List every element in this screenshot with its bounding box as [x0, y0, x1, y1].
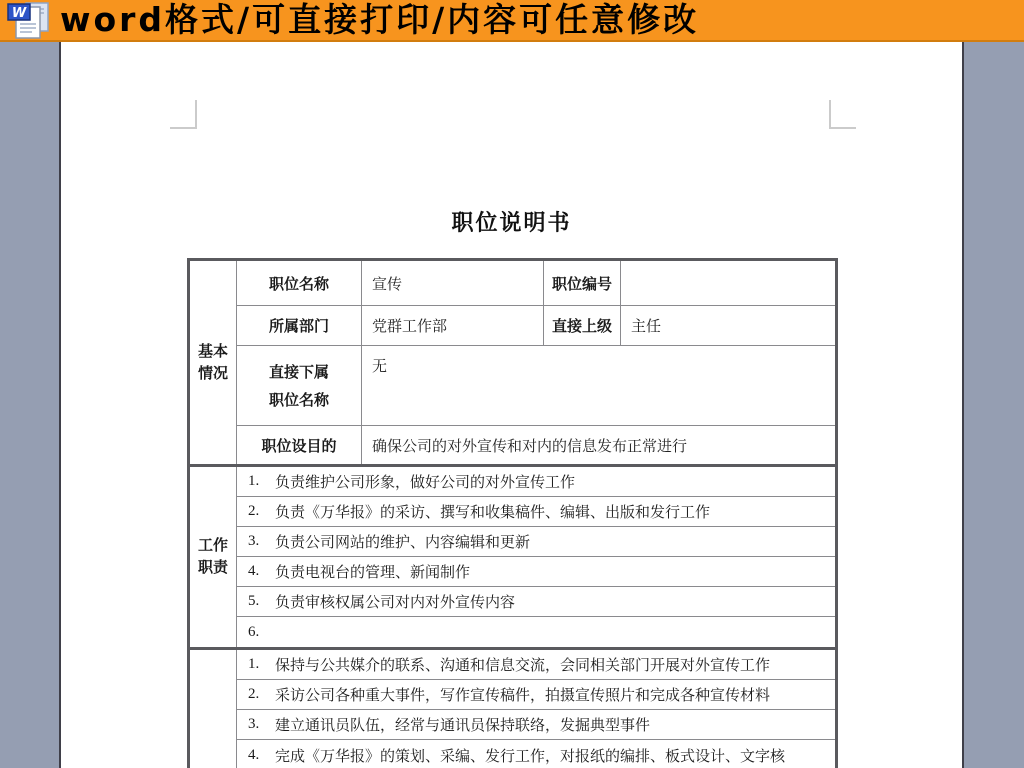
field-label-line: 直接下属 — [269, 361, 329, 382]
item-number: 3. — [237, 716, 275, 733]
duty-item: 5. 负责审核权属公司对内对外宣传内容 — [237, 587, 835, 617]
job-description-table: 基本 情况 职位名称 宣传 职位编号 所属部门 党群工作部 直接上级 主任 — [187, 258, 838, 768]
item-text: 负责电视台的管理、新闻制作 — [275, 561, 835, 582]
table-row: 所属部门 党群工作部 直接上级 主任 — [237, 306, 835, 346]
section-label-work-tasks — [190, 650, 237, 768]
duty-item: 4. 负责电视台的管理、新闻制作 — [237, 557, 835, 587]
margin-crop-mark-left — [170, 100, 197, 129]
duty-item: 2. 负责《万华报》的采访、撰写和收集稿件、编辑、出版和发行工作 — [237, 497, 835, 527]
field-value-department: 党群工作部 — [362, 306, 544, 345]
table-row: 职位名称 宣传 职位编号 — [237, 261, 835, 306]
field-value-direct-subordinates: 无 — [362, 346, 835, 425]
field-label-line: 职位名称 — [269, 389, 329, 410]
section-basic-info: 基本 情况 职位名称 宣传 职位编号 所属部门 党群工作部 直接上级 主任 — [190, 261, 835, 464]
item-number: 2. — [237, 503, 275, 520]
field-label-job-purpose: 职位设目的 — [237, 426, 362, 464]
item-text: 保持与公共媒介的联系、沟通和信息交流，会同相关部门开展对外宣传工作 — [275, 654, 835, 675]
section-label-work-duties: 工作 职责 — [190, 467, 237, 647]
promo-banner: W word格式/可直接打印/内容可任意修改 — [0, 0, 1024, 42]
task-item: 2. 采访公司各种重大事件，写作宣传稿件，拍摄宣传照片和完成各种宣传材料 — [237, 680, 835, 710]
item-number: 3. — [237, 533, 275, 550]
item-number: 4. — [237, 563, 275, 580]
section-work-duties: 工作 职责 1. 负责维护公司形象，做好公司的对外宣传工作 2. 负责《万华报》… — [190, 464, 835, 647]
item-number: 6. — [237, 624, 275, 641]
field-label-department: 所属部门 — [237, 306, 362, 345]
item-number: 4. — [237, 747, 275, 764]
field-value-direct-superior: 主任 — [621, 306, 835, 345]
item-text: 负责公司网站的维护、内容编辑和更新 — [275, 531, 835, 552]
item-number: 5. — [237, 593, 275, 610]
field-label-direct-subordinates: 直接下属 职位名称 — [237, 346, 362, 425]
word-document-icon: W — [6, 1, 52, 41]
duty-item: 1. 负责维护公司形象，做好公司的对外宣传工作 — [237, 467, 835, 497]
item-text: 负责审核权属公司对内对外宣传内容 — [275, 591, 835, 612]
banner-text: word格式/可直接打印/内容可任意修改 — [60, 0, 699, 40]
item-text: 建立通讯员队伍，经常与通讯员保持联络，发掘典型事件 — [275, 714, 835, 735]
document-workspace: 职位说明书 基本 情况 职位名称 宣传 职位编号 所属部门 — [0, 42, 1024, 768]
section-work-tasks: 1. 保持与公共媒介的联系、沟通和信息交流，会同相关部门开展对外宣传工作 2. … — [190, 647, 835, 768]
item-text: 完成《万华报》的策划、采编、发行工作，对报纸的编排、板式设计、文字核 — [275, 745, 835, 766]
section-label-line: 基本 — [198, 341, 228, 363]
table-row: 职位设目的 确保公司的对外宣传和对内的信息发布正常进行 — [237, 426, 835, 464]
svg-text:W: W — [12, 6, 27, 21]
item-text: 采访公司各种重大事件，写作宣传稿件，拍摄宣传照片和完成各种宣传材料 — [275, 684, 835, 705]
section-label-line: 情况 — [198, 363, 228, 385]
item-number: 1. — [237, 473, 275, 490]
page-title: 职位说明书 — [61, 206, 962, 237]
section-label-line: 工作 — [198, 535, 228, 557]
field-value-job-title: 宣传 — [362, 261, 544, 305]
margin-crop-mark-right — [829, 100, 856, 129]
duty-item: 6. — [237, 617, 835, 647]
task-item: 4. 完成《万华报》的策划、采编、发行工作，对报纸的编排、板式设计、文字核 — [237, 740, 835, 768]
item-number: 2. — [237, 686, 275, 703]
field-label-direct-superior: 直接上级 — [544, 306, 621, 345]
field-label-job-title: 职位名称 — [237, 261, 362, 305]
duty-item: 3. 负责公司网站的维护、内容编辑和更新 — [237, 527, 835, 557]
document-page: 职位说明书 基本 情况 职位名称 宣传 职位编号 所属部门 — [59, 42, 964, 768]
section-label-basic-info: 基本 情况 — [190, 261, 237, 464]
field-label-job-number: 职位编号 — [544, 261, 621, 305]
item-number: 1. — [237, 656, 275, 673]
field-value-job-number — [621, 261, 835, 305]
field-value-job-purpose: 确保公司的对外宣传和对内的信息发布正常进行 — [362, 426, 835, 464]
task-item: 1. 保持与公共媒介的联系、沟通和信息交流，会同相关部门开展对外宣传工作 — [237, 650, 835, 680]
table-row: 直接下属 职位名称 无 — [237, 346, 835, 426]
task-item: 3. 建立通讯员队伍，经常与通讯员保持联络，发掘典型事件 — [237, 710, 835, 740]
item-text: 负责维护公司形象，做好公司的对外宣传工作 — [275, 471, 835, 492]
item-text: 负责《万华报》的采访、撰写和收集稿件、编辑、出版和发行工作 — [275, 501, 835, 522]
section-label-line: 职责 — [198, 557, 228, 579]
